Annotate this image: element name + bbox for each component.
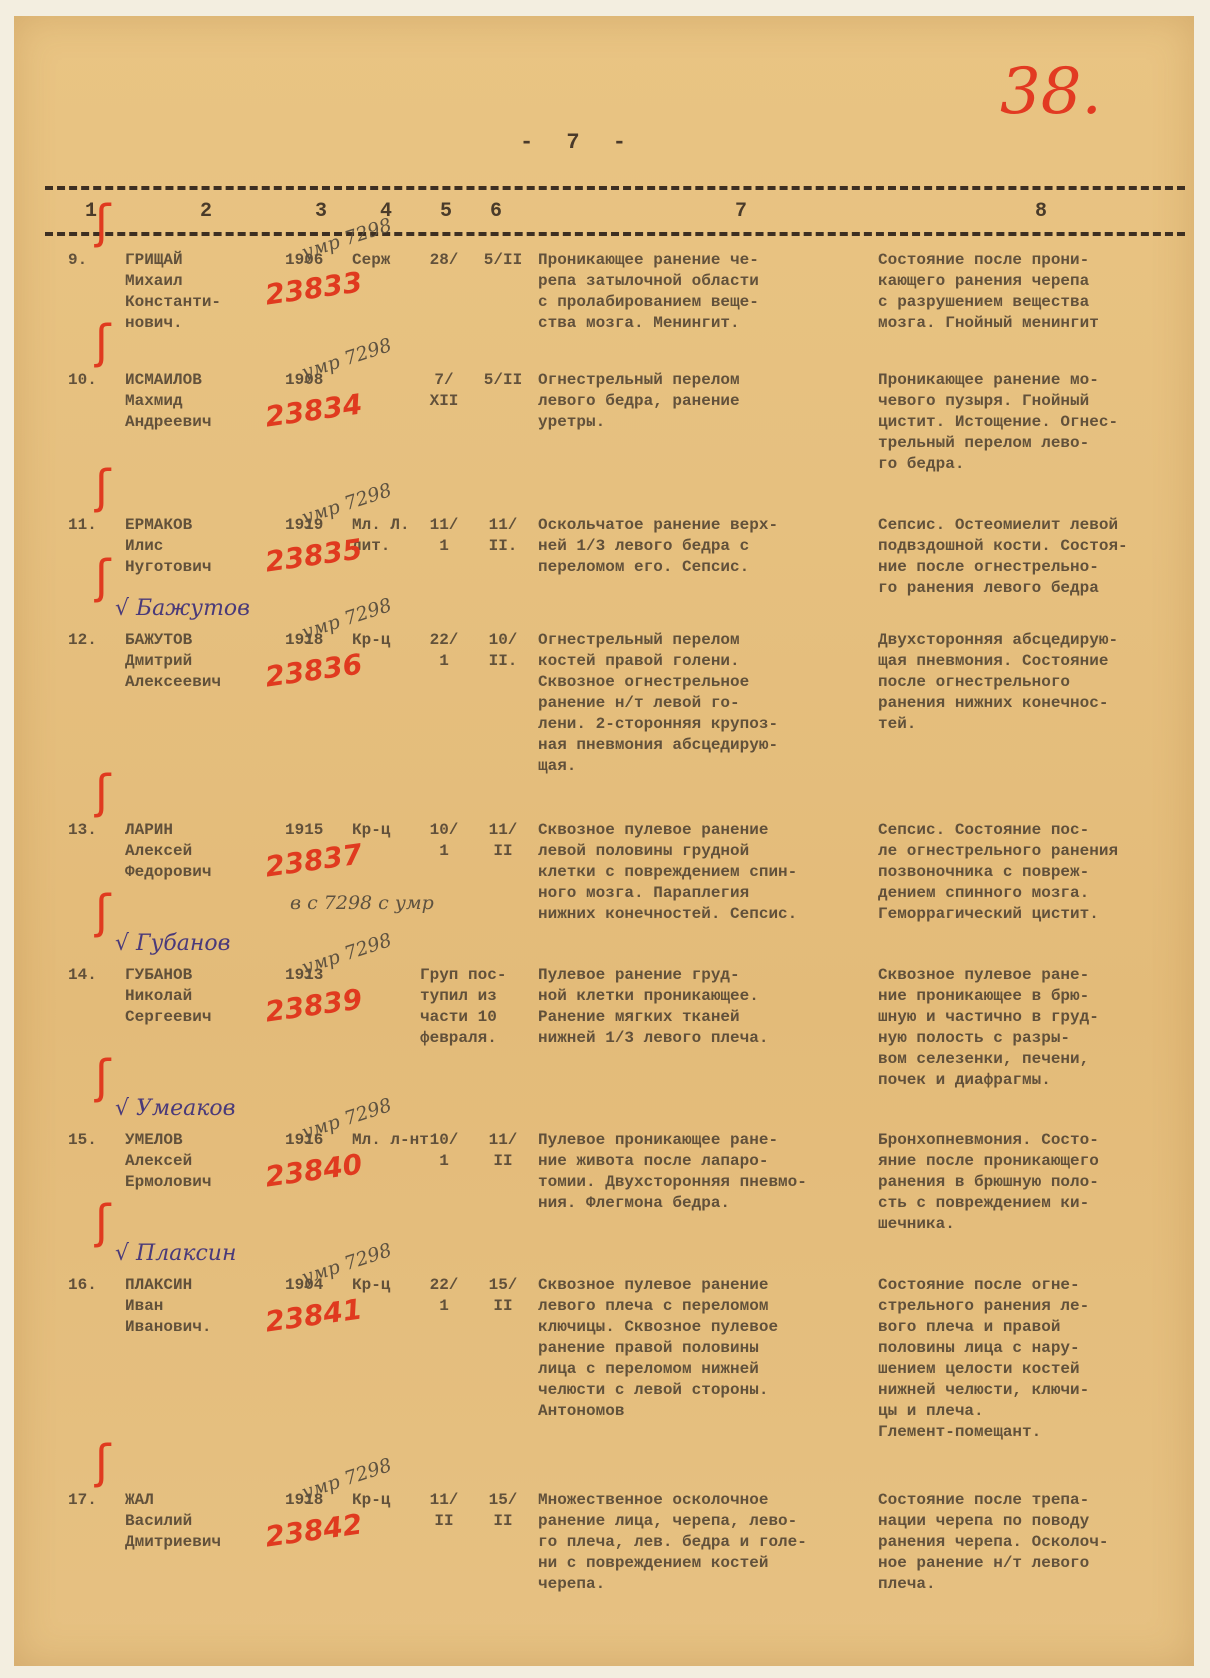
record-number: 12. bbox=[68, 630, 97, 651]
death-date: 15/ II bbox=[478, 1490, 528, 1532]
cause-of-death: Состояние после прони- кающего ранения ч… bbox=[878, 250, 1188, 334]
patient-name: ЕРМАКОВ Илис Нуготович bbox=[125, 515, 275, 578]
wound-description: Оскольчатое ранение верх- ней 1/3 левого… bbox=[538, 515, 873, 578]
record-number: 16. bbox=[68, 1275, 97, 1296]
table-rule-top bbox=[45, 186, 1185, 190]
patient-name: БАЖУТОВ Дмитрий Алексеевич bbox=[125, 630, 275, 693]
handwritten-surname: √ Плаксин bbox=[115, 1241, 236, 1266]
column-header-6: 6 bbox=[490, 200, 502, 223]
column-header-8: 8 bbox=[1035, 200, 1047, 223]
patient-name: ГРИЩАЙ Михаил Константи- нович. bbox=[125, 250, 275, 334]
birth-year: 1915 bbox=[285, 820, 323, 841]
red-check-mark-icon: ʃ bbox=[95, 550, 110, 604]
death-date: 5/II bbox=[478, 370, 528, 391]
red-check-mark-icon: ʃ bbox=[95, 460, 110, 514]
cause-of-death: Состояние после огне- стрельного ранения… bbox=[878, 1275, 1188, 1443]
wound-description: Сквозное пулевое ранение левого плеча с … bbox=[538, 1275, 873, 1422]
patient-name: УМЕЛОВ Алексей Ермолович bbox=[125, 1130, 275, 1193]
table-rule-header bbox=[45, 232, 1185, 236]
death-date: 11/ II. bbox=[478, 515, 528, 557]
admission-date: 22/ 1 bbox=[420, 630, 468, 672]
admission-date: 11/ 1 bbox=[420, 515, 468, 557]
handwritten-surname: √ Бажутов bbox=[115, 596, 250, 621]
pencil-annotation: в с 7298 с умр bbox=[290, 892, 434, 914]
record-number: 9. bbox=[68, 250, 87, 271]
record-number: 17. bbox=[68, 1490, 97, 1511]
patient-name: ПЛАКСИН Иван Иванович. bbox=[125, 1275, 275, 1338]
record-number: 13. bbox=[68, 820, 97, 841]
red-check-mark-icon: ʃ bbox=[95, 315, 110, 369]
wound-description: Проникающее ранение че- репа затылочной … bbox=[538, 250, 873, 334]
cause-of-death: Состояние после трепа- нации черепа по п… bbox=[878, 1490, 1188, 1595]
handwritten-surname: √ Губанов bbox=[115, 931, 230, 956]
death-date: 15/ II bbox=[478, 1275, 528, 1317]
admission-date: 28/ bbox=[420, 250, 468, 271]
folio-number: 38. bbox=[1000, 55, 1102, 129]
death-date: 10/ II. bbox=[478, 630, 528, 672]
wound-description: Пулевое ранение груд- ной клетки проника… bbox=[538, 965, 873, 1049]
patient-name: ЖАЛ Василий Дмитриевич bbox=[125, 1490, 275, 1553]
cause-of-death: Двухсторонняя абсцедирую- щая пневмония.… bbox=[878, 630, 1188, 735]
admission-date: 7/ XII bbox=[420, 370, 468, 412]
red-check-mark-icon: ʃ bbox=[95, 885, 110, 939]
red-check-mark-icon: ʃ bbox=[95, 195, 110, 249]
handwritten-surname: √ Умеаков bbox=[115, 1096, 235, 1121]
patient-name: ЛАРИН Алексей Федорович bbox=[125, 820, 275, 883]
page-mark: - 7 - bbox=[520, 130, 636, 155]
patient-name: ИСМАИЛОВ Махмид Андреевич bbox=[125, 370, 275, 433]
wound-description: Пулевое проникающее ране- ние живота пос… bbox=[538, 1130, 873, 1214]
cause-of-death: Сквозное пулевое ране- ние проникающее в… bbox=[878, 965, 1188, 1091]
wound-description: Огнестрельный перелом левого бедра, ране… bbox=[538, 370, 873, 433]
admission-date: 22/ 1 bbox=[420, 1275, 468, 1317]
column-header-7: 7 bbox=[735, 200, 747, 223]
military-rank: Мл. л-нт bbox=[352, 1130, 429, 1151]
cause-of-death: Сепсис. Состояние пос- ле огнестрельного… bbox=[878, 820, 1188, 925]
column-header-3: 3 bbox=[315, 200, 327, 223]
column-header-5: 5 bbox=[440, 200, 452, 223]
red-check-mark-icon: ʃ bbox=[95, 1050, 110, 1104]
death-date: 11/ II bbox=[478, 1130, 528, 1172]
death-date: 5/II bbox=[478, 250, 528, 271]
red-check-mark-icon: ʃ bbox=[95, 765, 110, 819]
patient-name: ГУБАНОВ Николай Сергеевич bbox=[125, 965, 275, 1028]
red-check-mark-icon: ʃ bbox=[95, 1195, 110, 1249]
record-number: 14. bbox=[68, 965, 97, 986]
wound-description: Сквозное пулевое ранение левой половины … bbox=[538, 820, 873, 925]
red-check-mark-icon: ʃ bbox=[95, 1435, 110, 1489]
wound-description: Огнестрельный перелом костей правой голе… bbox=[538, 630, 873, 777]
admission-date: 10/ 1 bbox=[420, 1130, 468, 1172]
record-number: 11. bbox=[68, 515, 97, 536]
record-number: 10. bbox=[68, 370, 97, 391]
cause-of-death: Сепсис. Остеомиелит левой подвздошной ко… bbox=[878, 515, 1188, 599]
cause-of-death: Бронхопневмония. Состо- яние после прони… bbox=[878, 1130, 1188, 1235]
admission-note: Груп пос- тупил из части 10 февраля. bbox=[420, 965, 535, 1049]
death-date: 11/ II bbox=[478, 820, 528, 862]
column-header-2: 2 bbox=[200, 200, 212, 223]
cause-of-death: Проникающее ранение мо- чевого пузыря. Г… bbox=[878, 370, 1188, 475]
admission-date: 10/ 1 bbox=[420, 820, 468, 862]
record-number: 15. bbox=[68, 1130, 97, 1151]
admission-date: 11/ II bbox=[420, 1490, 468, 1532]
wound-description: Множественное осколочное ранение лица, ч… bbox=[538, 1490, 873, 1595]
